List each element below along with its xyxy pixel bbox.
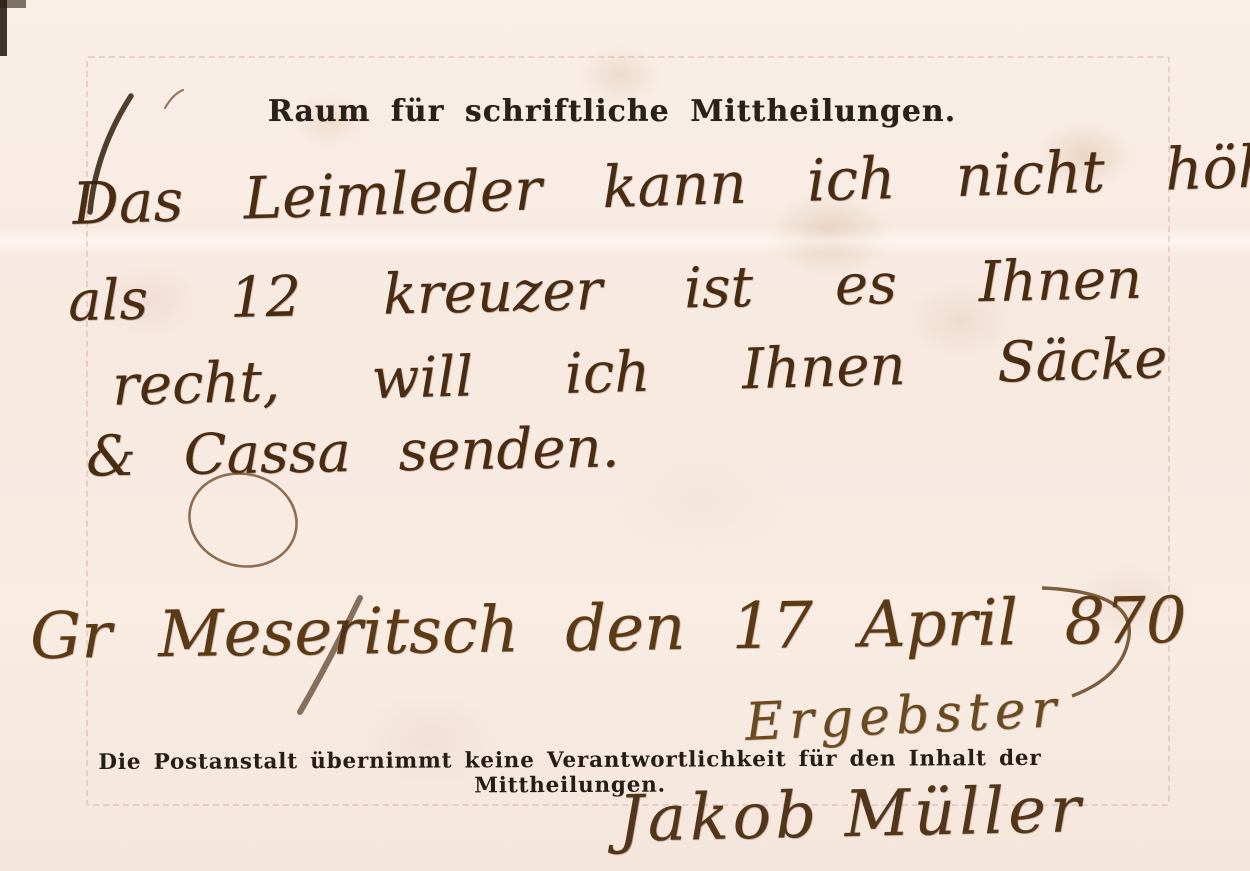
scan-edge-mark-top	[0, 0, 26, 8]
handwritten-signature: Jakob Müller	[617, 773, 1085, 857]
scan-edge-mark	[0, 0, 7, 56]
postcard-message-side: Raum für schriftliche Mittheilungen. Das…	[0, 0, 1250, 871]
printed-header: Raum für schriftliche Mittheilungen.	[0, 94, 1224, 129]
handwritten-line-4: & Cassa senden.	[85, 415, 619, 489]
